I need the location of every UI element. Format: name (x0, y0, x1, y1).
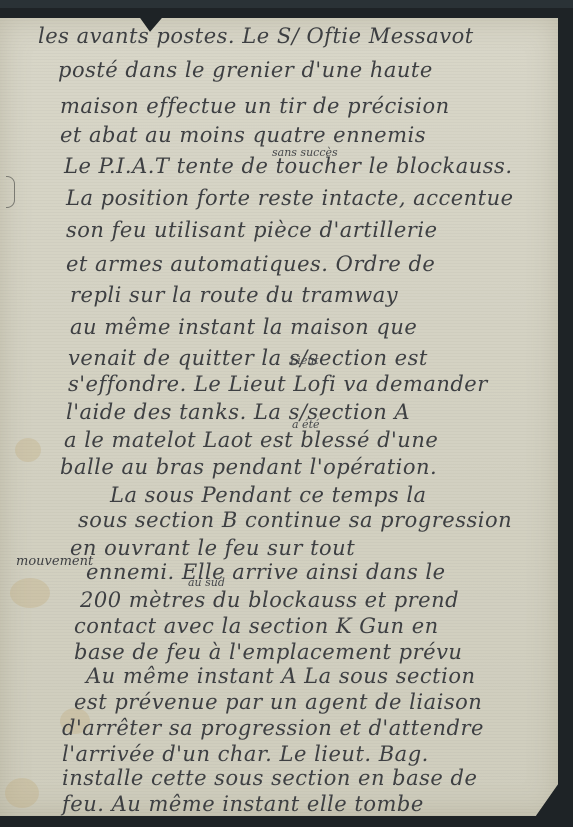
text-line-2: posté dans le grenier d'une haute (58, 58, 433, 82)
text-line-7: son feu utilisant pièce d'artillerie (66, 218, 438, 242)
text-line-1: les avants postes. Le S/ Oftie Messavot (38, 24, 474, 48)
text-line-9: repli sur la route du tramway (70, 283, 398, 307)
text-line-17: sous section B continue sa progression (78, 508, 512, 532)
text-line-15: balle au bras pendant l'opération. (60, 455, 437, 479)
paper-stain (5, 778, 39, 808)
text-line-19: ennemi. Elle arrive ainsi dans le (86, 560, 446, 584)
text-line-11: venait de quitter la s/section est (68, 346, 428, 370)
text-line-14: a le matelot Laot est blessé d'une (64, 428, 438, 452)
text-line-13: l'aide des tanks. La s/section A (66, 400, 410, 424)
text-line-12: s'effondre. Le Lieut Lofi va demander (68, 372, 488, 396)
text-line-25: d'arrêter sa progression et d'attendre (62, 716, 484, 740)
scan-top-band (0, 0, 573, 8)
text-line-22: base de feu à l'emplacement prévu (74, 640, 462, 664)
text-line-8: et armes automatiques. Ordre de (66, 252, 435, 276)
text-line-21: contact avec la section K Gun en (74, 614, 439, 638)
text-line-6: La position forte reste intacte, accentu… (66, 186, 514, 210)
margin-bracket-mark (6, 176, 15, 208)
text-line-5: Le P.I.A.T tente de toucher le blockauss… (64, 154, 513, 178)
margin-insertion-mouvement: mouvement (16, 554, 93, 569)
text-line-23: Au même instant A La sous section (86, 664, 476, 688)
insertion-lieutenant: Lieut (290, 354, 319, 367)
text-line-3: maison effectue un tir de précision (60, 94, 450, 118)
paper-stain (15, 438, 41, 462)
text-line-24: est prévenue par un agent de liaison (74, 690, 482, 714)
text-line-27: installe cette sous section en base de (62, 766, 477, 790)
text-line-4: et abat au moins quatre ennemis (60, 123, 426, 147)
paper-stain (10, 578, 50, 608)
text-line-28: feu. Au même instant elle tombe (62, 792, 424, 816)
text-line-10: au même instant la maison que (70, 315, 417, 339)
text-line-16: La sous Pendant ce temps la (110, 483, 427, 507)
text-line-20: 200 mètres du blockauss et prend (80, 588, 459, 612)
text-line-26: l'arrivée d'un char. Le lieut. Bag. (62, 742, 429, 766)
text-line-18: en ouvrant le feu sur tout (70, 536, 355, 560)
